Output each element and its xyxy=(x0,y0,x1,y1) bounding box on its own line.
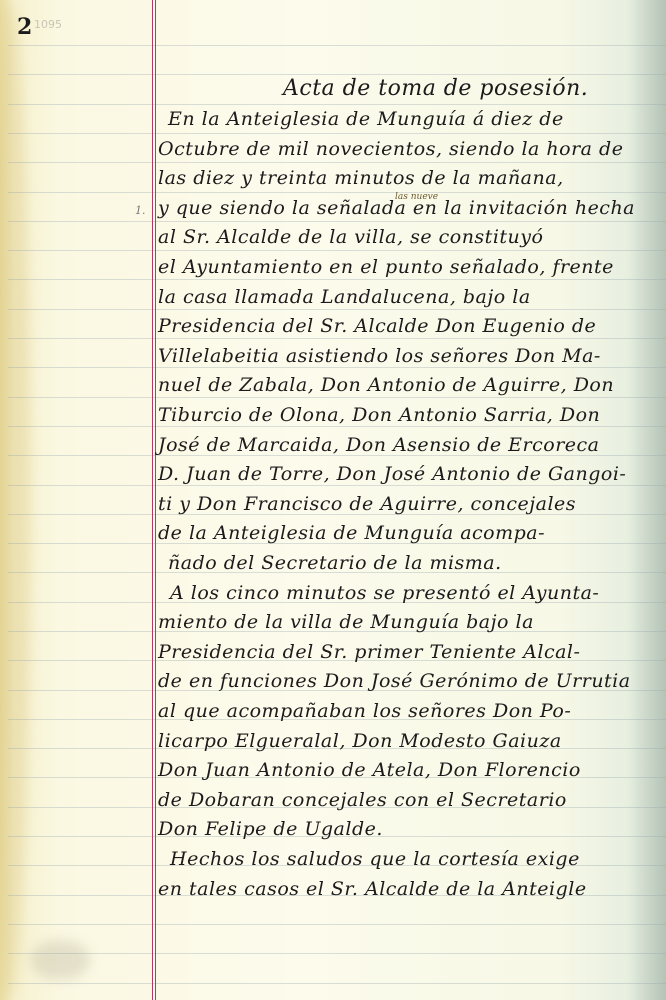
ruled-line xyxy=(8,924,666,925)
ruled-line xyxy=(8,104,666,105)
manuscript-line: Presidencia del Sr. primer Teniente Alca… xyxy=(158,641,580,663)
ruled-line xyxy=(8,367,666,368)
margin-note: 1. xyxy=(135,204,146,217)
manuscript-line: al Sr. Alcalde de la villa, se constituy… xyxy=(158,226,543,248)
ruled-line xyxy=(8,309,666,310)
manuscript-line: ñado del Secretario de la misma. xyxy=(168,552,502,574)
manuscript-line: En la Anteiglesia de Munguía á diez de xyxy=(168,108,564,130)
manuscript-line: al que acompañaban los señores Don Po- xyxy=(158,700,571,722)
manuscript-line: Presidencia del Sr. Alcalde Don Eugenio … xyxy=(158,315,596,337)
document-title: Acta de toma de posesión. xyxy=(283,76,588,101)
manuscript-line: las diez y treinta minutos de la mañana, xyxy=(158,167,564,189)
manuscript-page: 2 1095 1. Acta de toma de posesión. las … xyxy=(0,0,666,1000)
manuscript-line: Villelabeitia asistiendo los señores Don… xyxy=(158,345,601,367)
margin-rule-inner xyxy=(155,0,156,1000)
page-edge-shadow xyxy=(626,0,666,1000)
manuscript-line: A los cinco minutos se presentó el Ayunt… xyxy=(170,582,599,604)
manuscript-line: miento de la villa de Munguía bajo la xyxy=(158,611,534,633)
ruled-line xyxy=(8,74,666,75)
ruled-line xyxy=(8,338,666,339)
manuscript-line: Octubre de mil novecientos, siendo la ho… xyxy=(158,138,623,160)
ruled-line xyxy=(8,983,666,984)
manuscript-line: ti y Don Francisco de Aguirre, concejale… xyxy=(158,493,576,515)
page-edge-stain xyxy=(0,0,30,1000)
margin-rule xyxy=(152,0,153,1000)
manuscript-line: de Dobaran concejales con el Secretario xyxy=(158,789,567,811)
ruled-line xyxy=(8,426,666,427)
ruled-line xyxy=(8,45,666,46)
manuscript-line: y que siendo la señalada en la invitació… xyxy=(158,197,635,219)
manuscript-line: la casa llamada Landalucena, bajo la xyxy=(158,286,531,308)
manuscript-line: de en funciones Don José Gerónimo de Urr… xyxy=(158,670,631,692)
manuscript-line: Hechos los saludos que la cortesía exige xyxy=(170,848,580,870)
manuscript-line: el Ayuntamiento en el punto señalado, fr… xyxy=(158,256,614,278)
manuscript-line: Tiburcio de Olona, Don Antonio Sarria, D… xyxy=(158,404,600,426)
ruled-line xyxy=(8,250,666,251)
paper-stain xyxy=(30,940,90,980)
manuscript-line: en tales casos el Sr. Alcalde de la Ante… xyxy=(158,878,587,900)
manuscript-line: nuel de Zabala, Don Antonio de Aguirre, … xyxy=(158,374,614,396)
manuscript-line: Don Juan Antonio de Atela, Don Florencio xyxy=(158,759,581,781)
page-number: 2 xyxy=(17,14,32,40)
manuscript-line: licarpo Elgueralal, Don Modesto Gaiuza xyxy=(158,730,562,752)
faint-folio-number: 1095 xyxy=(34,18,62,31)
ruled-line xyxy=(8,221,666,222)
manuscript-line: de la Anteiglesia de Munguía acompa- xyxy=(158,522,545,544)
ruled-line xyxy=(8,953,666,954)
manuscript-line: D. Juan de Torre, Don José Antonio de Ga… xyxy=(158,463,626,485)
ruled-line xyxy=(8,133,666,134)
ruled-line xyxy=(8,162,666,163)
ruled-line xyxy=(8,192,666,193)
manuscript-line: José de Marcaida, Don Asensio de Ercorec… xyxy=(158,434,600,456)
ruled-line xyxy=(8,279,666,280)
ruled-line xyxy=(8,397,666,398)
manuscript-line: Don Felipe de Ugalde. xyxy=(158,818,383,840)
